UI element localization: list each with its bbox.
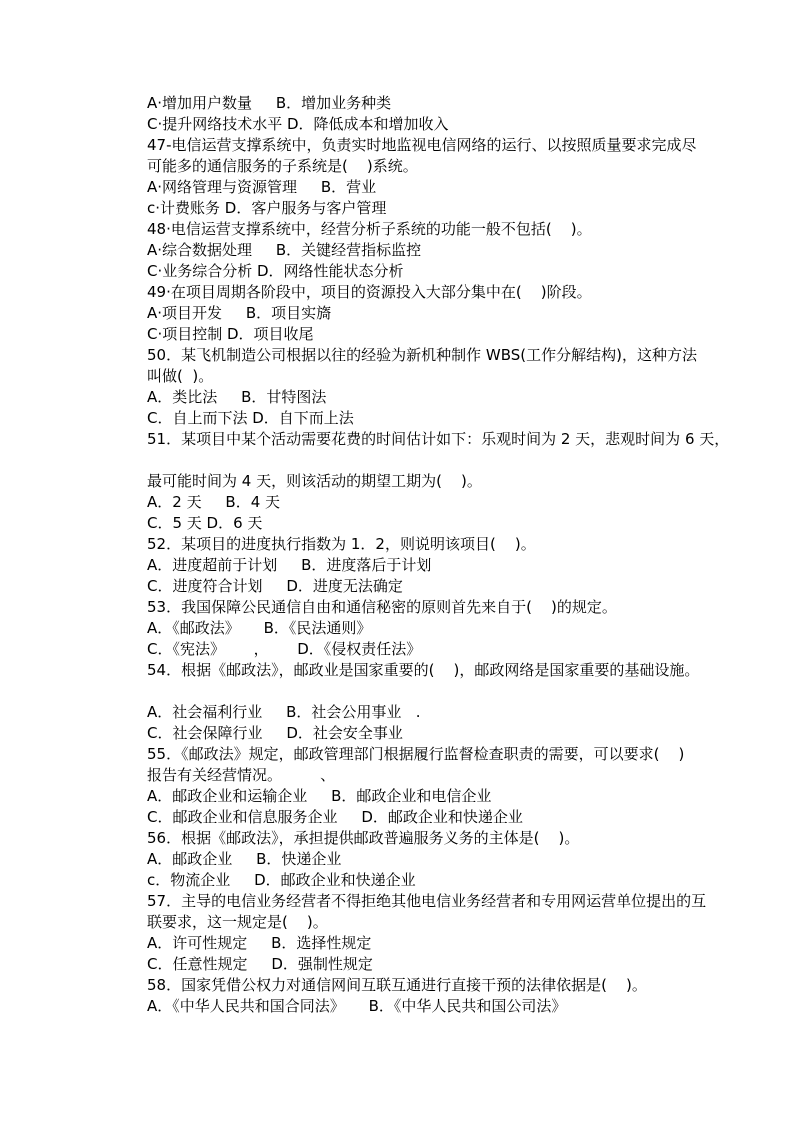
- document-line: 49·在项目周期各阶段中，项目的资源投入大部分集中在( )阶段。: [147, 282, 719, 303]
- document-line: c．物流企业 D．邮政企业和快递企业: [147, 870, 719, 891]
- document-line: C．《宪法》 ， D．《侵权责任法》: [147, 639, 719, 660]
- document-line: C·项目控制 D．项目收尾: [147, 324, 719, 345]
- document-line: 联要求，这一规定是( )。: [147, 912, 719, 933]
- document-line: A·增加用户数量 B．增加业务种类: [147, 93, 719, 114]
- document-line: A．类比法 B．甘特图法: [147, 387, 719, 408]
- document-line: 可能多的通信服务的子系统是( )系统。: [147, 156, 719, 177]
- document-line: A．《邮政法》 B．《民法通则》: [147, 618, 719, 639]
- document-line: A·综合数据处理 B．关键经营指标监控: [147, 240, 719, 261]
- document-line: [147, 681, 719, 702]
- document-line: 55．《邮政法》规定，邮政管理部门根据履行监督检查职责的需要，可以要求( ): [147, 744, 719, 765]
- document-line: A．邮政企业和运输企业 B．邮政企业和电信企业: [147, 786, 719, 807]
- document-line: A．《中华人民共和国合同法》 B．《中华人民共和国公司法》: [147, 996, 719, 1017]
- document-line: [147, 450, 719, 471]
- document-line: 47-电信运营支撑系统中，负责实时地监视电信网络的运行、以按照质量要求完成尽: [147, 135, 719, 156]
- document-line: C．5 天 D．6 天: [147, 513, 719, 534]
- document-line: A．许可性规定 B．选择性规定: [147, 933, 719, 954]
- document-line: 最可能时间为 4 天，则该活动的期望工期为( )。: [147, 471, 719, 492]
- document-line: A·项目开发 B．项目实旖: [147, 303, 719, 324]
- exam-question-text-block: A·增加用户数量 B．增加业务种类C·提升网络技术水平 D．降低成本和增加收入4…: [147, 93, 719, 1017]
- document-line: 50．某飞机制造公司根据以往的经验为新机种制作 WBS(工作分解结构)，这种方法: [147, 345, 719, 366]
- document-line: A．2 天 B．4 天: [147, 492, 719, 513]
- document-line: 报告有关经营情况。 、: [147, 765, 719, 786]
- document-line: C．任意性规定 D．强制性规定: [147, 954, 719, 975]
- document-line: A．进度超前于计划 B．进度落后于计划: [147, 555, 719, 576]
- document-line: A·网络管理与资源管理 B．营业: [147, 177, 719, 198]
- document-line: 52．某项目的进度执行指数为 1．2，则说明该项目( )。: [147, 534, 719, 555]
- document-line: 58．国家凭借公权力对通信网间互联互通进行直接干预的法律依据是( )。: [147, 975, 719, 996]
- document-line: 54．根据《邮政法》，邮政业是国家重要的( )，邮政网络是国家重要的基础设施。: [147, 660, 719, 681]
- document-line: 48·电信运营支撑系统中，经营分析子系统的功能一般不包括( )。: [147, 219, 719, 240]
- document-line: 57．主导的电信业务经营者不得拒绝其他电信业务经营者和专用网运营单位提出的互: [147, 891, 719, 912]
- document-line: 56．根据《邮政法》，承担提供邮政普遍服务义务的主体是( )。: [147, 828, 719, 849]
- document-line: C．社会保障行业 D．社会安全事业: [147, 723, 719, 744]
- document-line: 53．我国保障公民通信自由和通信秘密的原则首先来自于( )的规定。: [147, 597, 719, 618]
- document-line: A．邮政企业 B．快递企业: [147, 849, 719, 870]
- document-line: C·业务综合分析 D．网络性能状态分析: [147, 261, 719, 282]
- document-line: 叫做( )。: [147, 366, 719, 387]
- document-line: c·计费账务 D．客户服务与客户管理: [147, 198, 719, 219]
- document-line: C．自上而下法 D．自下而上法: [147, 408, 719, 429]
- document-line: A．社会福利行业 B．社会公用事业 .: [147, 702, 719, 723]
- document-line: 51．某项目中某个活动需要花费的时间估计如下：乐观时间为 2 天，悲观时间为 6…: [147, 429, 719, 450]
- document-line: C．进度符合计划 D．进度无法确定: [147, 576, 719, 597]
- document-line: C．邮政企业和信息服务企业 D．邮政企业和快递企业: [147, 807, 719, 828]
- document-line: C·提升网络技术水平 D．降低成本和增加收入: [147, 114, 719, 135]
- document-page: A·增加用户数量 B．增加业务种类C·提升网络技术水平 D．降低成本和增加收入4…: [0, 0, 794, 1123]
